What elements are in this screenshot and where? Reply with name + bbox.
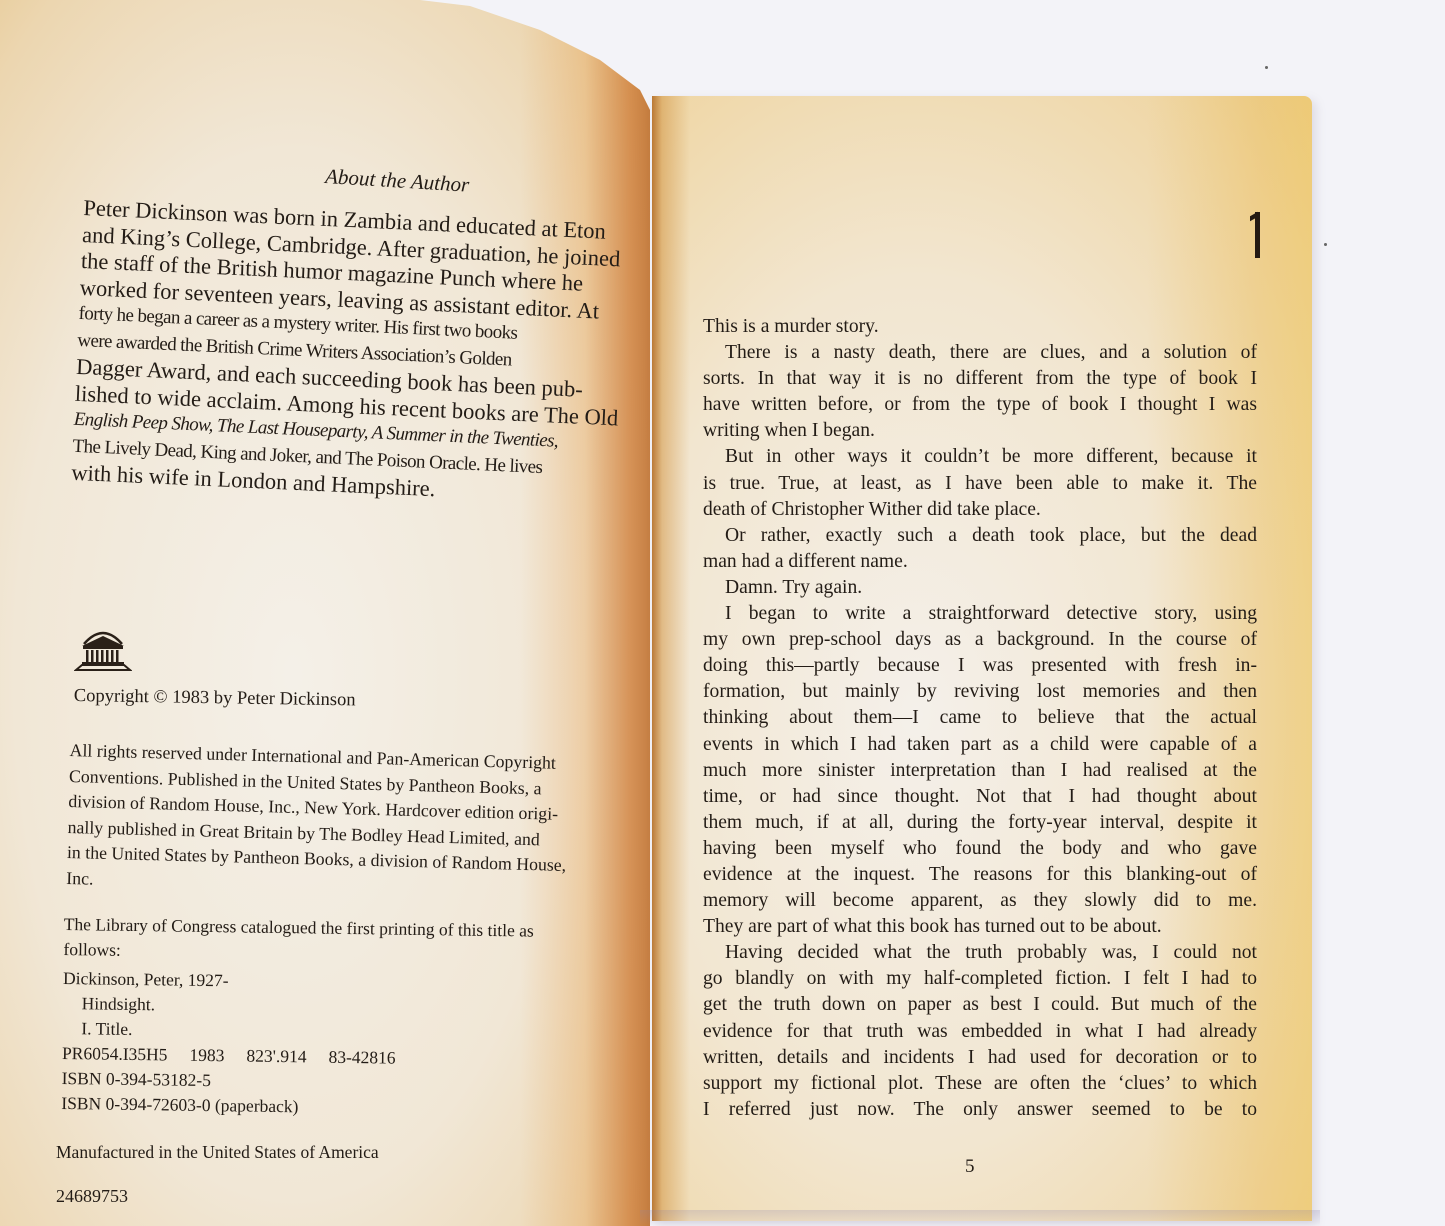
body-line: Having decided what the truth probably w… <box>703 940 1257 966</box>
body-line: formation, but mainly by reviving lost m… <box>703 679 1257 705</box>
page-number: 5 <box>965 1156 975 1178</box>
call-year: 1983 <box>189 1043 224 1068</box>
library-of-congress-block: The Library of Congress catalogued the f… <box>61 912 534 1123</box>
body-line: thinking about them—I came to believe th… <box>703 705 1257 731</box>
body-line: support my fictional plot. These are oft… <box>703 1071 1257 1097</box>
body-line: But in other ways it couldn’t be more di… <box>703 444 1257 470</box>
body-line: have written before, or from the type of… <box>703 392 1257 418</box>
author-bio: Peter Dickinson was born in Zambia and e… <box>71 195 624 511</box>
body-line: They are part of what this book has turn… <box>703 914 1257 940</box>
body-line: time, or had since thought. Not that I h… <box>703 784 1257 810</box>
body-line: them much, if at all, during the forty-y… <box>703 810 1257 836</box>
body-line: evidence for that truth was embedded in … <box>703 1019 1257 1045</box>
body-line: having been myself who found the body an… <box>703 836 1257 862</box>
body-line: man had a different name. <box>703 549 1257 575</box>
body-line: written, details and incidents I had use… <box>703 1045 1257 1071</box>
body-line: doing this—partly because I was presente… <box>703 653 1257 679</box>
rights-statement: All rights reserved under International … <box>66 738 569 904</box>
body-line: This is a murder story. <box>703 314 1257 340</box>
body-line: I referred just now. The only answer see… <box>703 1097 1257 1123</box>
lccn: 83-42816 <box>328 1045 395 1071</box>
chapter-number: 1 <box>1250 212 1264 258</box>
temple-colophon-icon <box>74 624 132 672</box>
body-line: evidence at the inquest. The reasons for… <box>703 862 1257 888</box>
body-line: There is a nasty death, there are clues,… <box>703 340 1257 366</box>
body-line: events in which I had taken part as a ch… <box>703 732 1257 758</box>
dewey-number: 823'.914 <box>246 1044 306 1070</box>
body-line: Or rather, exactly such a death took pla… <box>703 523 1257 549</box>
body-line: go blandly on with my half-completed fic… <box>703 966 1257 992</box>
print-line: 24689753 <box>56 1186 128 1207</box>
body-line: get the truth down on paper as best I co… <box>703 992 1257 1018</box>
copyright-notice: Copyright © 1983 by Peter Dickinson <box>74 686 356 711</box>
body-line: sorts. In that way it is no different fr… <box>703 366 1257 392</box>
body-line: writing when I began. <box>703 418 1257 444</box>
body-line: my own prep-school days as a background.… <box>703 627 1257 653</box>
call-number: PR6054.I35H5 <box>62 1041 168 1067</box>
body-line: I began to write a straightforward detec… <box>703 601 1257 627</box>
body-line: is true. True, at least, as I have been … <box>703 471 1257 497</box>
manufactured-notice: Manufactured in the United States of Ame… <box>56 1142 379 1163</box>
body-line: memory will become apparent, as they slo… <box>703 888 1257 914</box>
page-shadow <box>640 1210 1320 1226</box>
body-line: death of Christopher Wither did take pla… <box>703 497 1257 523</box>
body-line: Damn. Try again. <box>703 575 1257 601</box>
chapter-body: This is a murder story.There is a nasty … <box>703 314 1257 1123</box>
body-line: much more sinister interpretation than I… <box>703 758 1257 784</box>
